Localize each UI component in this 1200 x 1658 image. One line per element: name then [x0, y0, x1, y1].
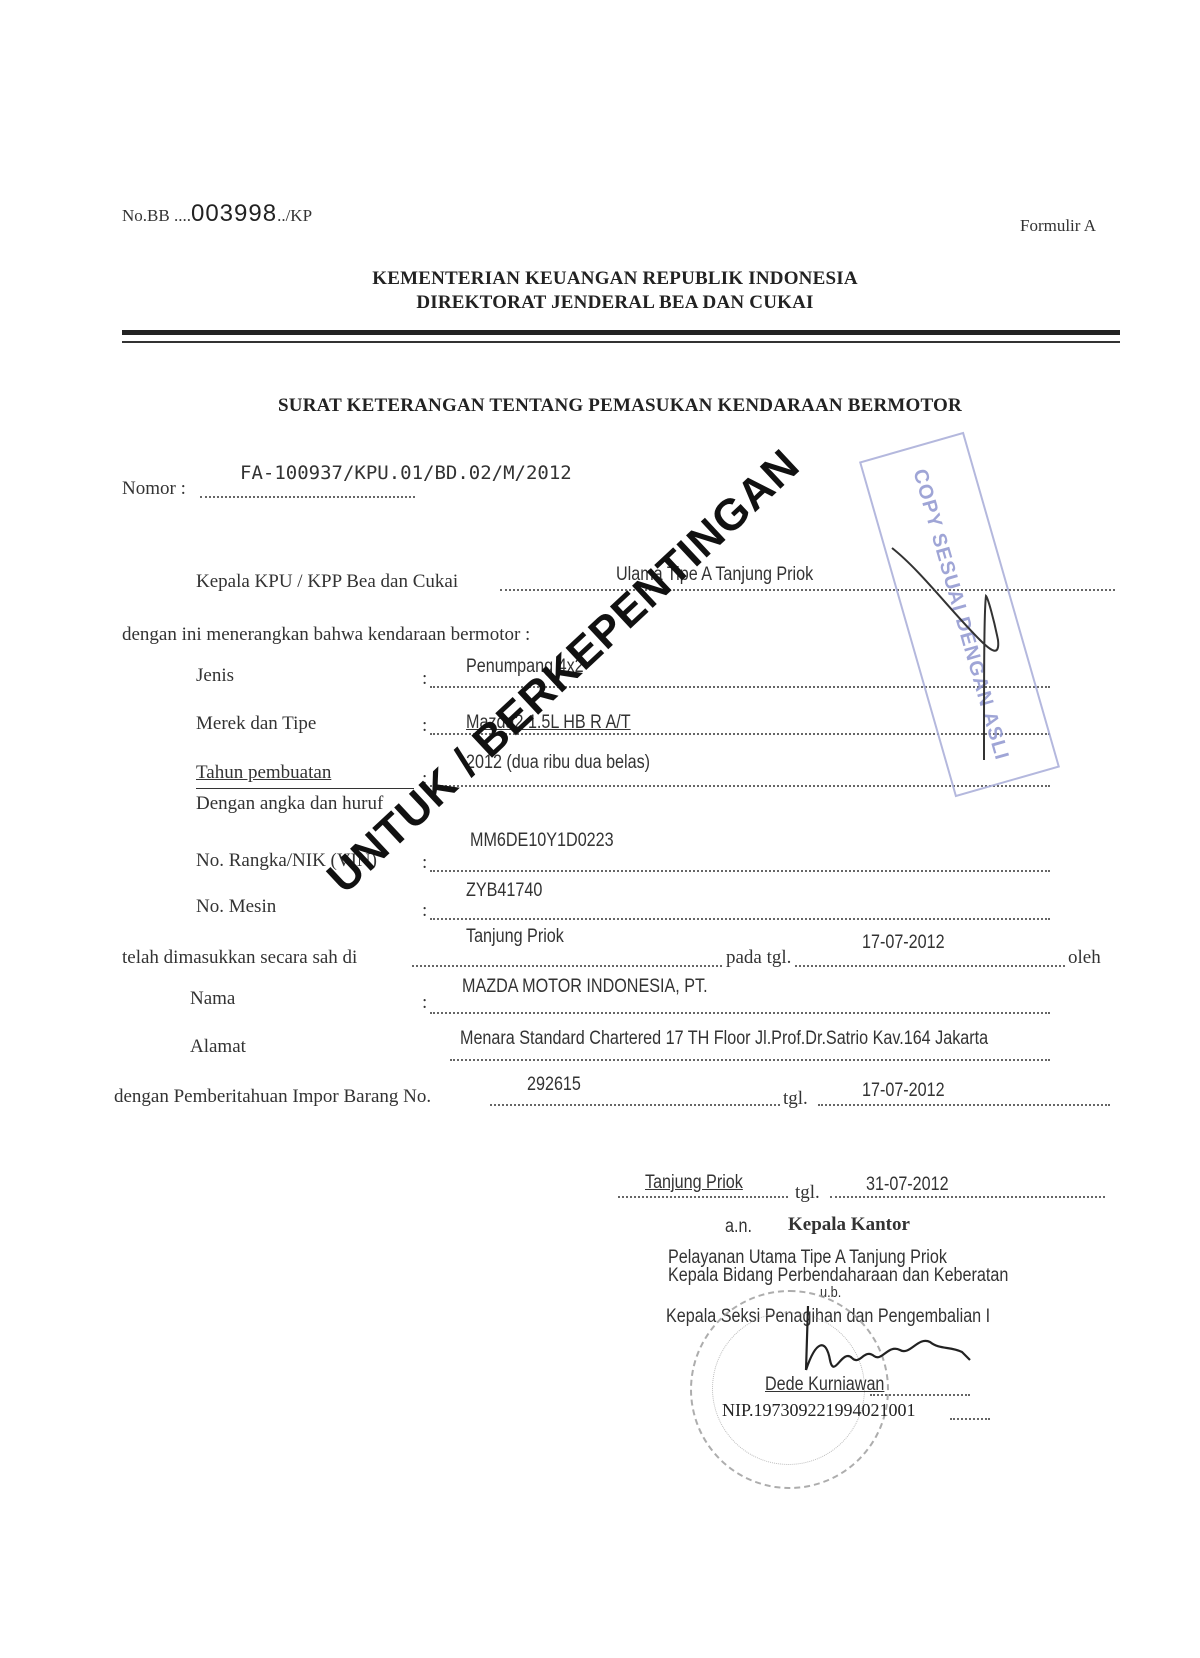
nomor-line	[200, 496, 415, 498]
entry-date-line	[795, 965, 1065, 967]
header-rule-thick	[122, 330, 1120, 335]
doc-number-prefix: No.BB ....	[122, 206, 191, 225]
nip-line	[950, 1418, 990, 1420]
nomor-label: Nomor :	[122, 478, 186, 500]
entry-place-line	[412, 965, 722, 967]
statement: dengan ini menerangkan bahwa kendaraan b…	[122, 624, 530, 646]
doc-number-value: 003998	[191, 200, 277, 227]
signer-name-line	[870, 1394, 970, 1396]
entry-date-label: pada tgl.	[726, 947, 791, 969]
field-label-mesin: No. Mesin	[196, 896, 276, 918]
field-line-vin	[430, 870, 1050, 872]
field-value-vin: MM6DE10Y1D0223	[470, 830, 614, 852]
checkmark-signature	[880, 540, 1020, 780]
ministry-name: KEMENTERIAN KEUANGAN REPUBLIK INDONESIA	[320, 268, 910, 290]
pib-label: dengan Pemberitahuan Impor Barang No.	[114, 1086, 431, 1108]
pib-number-line	[490, 1104, 780, 1106]
signer-name: Dede Kurniawan	[765, 1374, 884, 1396]
importer-address: Menara Standard Chartered 17 TH Floor Jl…	[460, 1028, 988, 1050]
colon: :	[422, 852, 427, 874]
field-label-divider	[196, 788, 414, 789]
office-label: Kepala KPU / KPP Bea dan Cukai	[196, 571, 458, 593]
pib-number: 292615	[527, 1074, 581, 1096]
colon: :	[422, 900, 427, 922]
entry-by-label: oleh	[1068, 947, 1101, 969]
sign-place: Tanjung Priok	[645, 1172, 743, 1194]
form-label: Formulir A	[1020, 216, 1096, 236]
pib-date-label: tgl.	[783, 1088, 808, 1110]
sign-an: a.n.	[725, 1216, 752, 1238]
entry-label: telah dimasukkan secara sah di	[122, 947, 357, 969]
sign-date-label: tgl.	[795, 1182, 820, 1204]
importer-address-label: Alamat	[190, 1036, 246, 1058]
document-title: SURAT KETERANGAN TENTANG PEMASUKAN KENDA…	[215, 395, 1025, 417]
pib-date-line	[818, 1104, 1110, 1106]
doc-number-suffix: ../KP	[277, 206, 312, 225]
entry-place: Tanjung Priok	[466, 926, 564, 948]
importer-name-label: Nama	[190, 988, 235, 1010]
importer-address-line	[450, 1059, 1050, 1061]
sign-place-line	[618, 1196, 788, 1198]
importer-name-line	[430, 1012, 1050, 1014]
field-sublabel-tahun: Dengan angka dan huruf	[196, 793, 383, 815]
sign-office-title: Kepala Kantor	[788, 1214, 910, 1236]
sign-date: 31-07-2012	[866, 1174, 949, 1196]
field-label-tahun: Tahun pembuatan	[196, 762, 331, 784]
office-line	[500, 589, 1115, 591]
nomor-value: FA-100937/KPU.01/BD.02/M/2012	[240, 462, 572, 484]
directorate-name: DIREKTORAT JENDERAL BEA DAN CUKAI	[320, 292, 910, 314]
sign-date-line	[830, 1196, 1105, 1198]
field-label-merek: Merek dan Tipe	[196, 713, 316, 735]
doc-number: No.BB ....003998../KP	[122, 200, 312, 228]
importer-name: MAZDA MOTOR INDONESIA, PT.	[462, 976, 708, 998]
colon: :	[422, 992, 427, 1014]
field-line-mesin	[430, 918, 1050, 920]
field-label-jenis: Jenis	[196, 665, 234, 687]
header-rule-thin	[122, 341, 1120, 343]
field-value-mesin: ZYB41740	[466, 880, 542, 902]
signer-nip: NIP.197309221994021001	[722, 1400, 916, 1421]
pib-date: 17-07-2012	[862, 1080, 945, 1102]
entry-date: 17-07-2012	[862, 932, 945, 954]
colon: :	[422, 715, 427, 737]
colon: :	[422, 668, 427, 690]
